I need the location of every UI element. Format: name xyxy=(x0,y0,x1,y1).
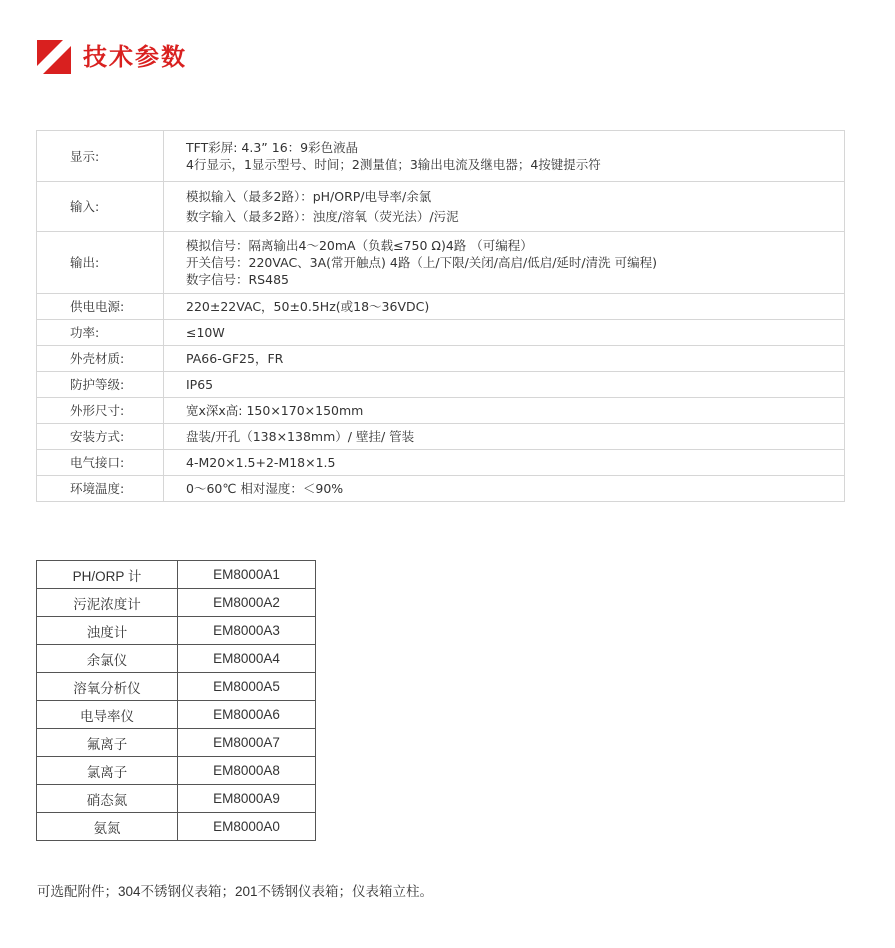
model-code: EM8000A0 xyxy=(178,813,316,841)
section-header: 技术参数 xyxy=(37,40,187,74)
model-code: EM8000A6 xyxy=(178,701,316,729)
spec-row-housing: 外壳材质: PA66-GF25，FR xyxy=(37,346,845,372)
model-name: 氯离子 xyxy=(37,757,178,785)
model-code: EM8000A7 xyxy=(178,729,316,757)
model-row: 余氯仪EM8000A4 xyxy=(37,645,316,673)
accessories-note: 可选配附件；304不锈钢仪表箱；201不锈钢仪表箱；仪表箱立柱。 xyxy=(37,880,433,900)
spec-value-line: 4行显示，1显示型号、时间；2测量值；3输出电流及继电器；4按键提示符 xyxy=(186,156,844,173)
model-code: EM8000A5 xyxy=(178,673,316,701)
model-row: PH/ORP 计EM8000A1 xyxy=(37,561,316,589)
spec-row-input: 输入: 模拟输入（最多2路）：pH/ORP/电导率/余氯 数字输入（最多2路）：… xyxy=(37,182,845,232)
spec-value-line: 模拟信号：隔离输出4～20mA（负载≤750 Ω)4路 （可编程） xyxy=(186,237,844,254)
model-row: 氯离子EM8000A8 xyxy=(37,757,316,785)
spec-value-line: 模拟输入（最多2路）：pH/ORP/电导率/余氯 xyxy=(186,188,844,205)
spec-row-environment: 环境温度: 0～60℃ 相对湿度：＜90% xyxy=(37,476,845,502)
model-row: 氨氮EM8000A0 xyxy=(37,813,316,841)
spec-row-power-supply: 供电电源: 220±22VAC，50±0.5Hz(或18～36VDC) xyxy=(37,294,845,320)
spec-value: 4-M20×1.5+2-M18×1.5 xyxy=(164,450,845,476)
model-row: 硝态氮EM8000A9 xyxy=(37,785,316,813)
spec-value: 模拟输入（最多2路）：pH/ORP/电导率/余氯 数字输入（最多2路）：浊度/溶… xyxy=(164,182,845,232)
model-code: EM8000A8 xyxy=(178,757,316,785)
model-row: 浊度计EM8000A3 xyxy=(37,617,316,645)
model-name: 污泥浓度计 xyxy=(37,589,178,617)
spec-value: IP65 xyxy=(164,372,845,398)
model-name: 溶氧分析仪 xyxy=(37,673,178,701)
page-title: 技术参数 xyxy=(83,40,187,74)
spec-row-installation: 安装方式: 盘装/开孔（138×138mm）/ 壁挂/ 管装 xyxy=(37,424,845,450)
spec-label: 功率: xyxy=(37,320,164,346)
spec-row-electrical: 电气接口: 4-M20×1.5+2-M18×1.5 xyxy=(37,450,845,476)
model-row: 溶氧分析仪EM8000A5 xyxy=(37,673,316,701)
spec-label: 电气接口: xyxy=(37,450,164,476)
spec-row-protection: 防护等级: IP65 xyxy=(37,372,845,398)
spec-value: 宽x深x高: 150×170×150mm xyxy=(164,398,845,424)
spec-table: 显示: TFT彩屏: 4.3” 16：9彩色液晶 4行显示，1显示型号、时间；2… xyxy=(36,130,845,502)
spec-value: 盘装/开孔（138×138mm）/ 壁挂/ 管装 xyxy=(164,424,845,450)
spec-value: PA66-GF25，FR xyxy=(164,346,845,372)
spec-value: ≤10W xyxy=(164,320,845,346)
spec-value: TFT彩屏: 4.3” 16：9彩色液晶 4行显示，1显示型号、时间；2测量值；… xyxy=(164,131,845,182)
spec-row-display: 显示: TFT彩屏: 4.3” 16：9彩色液晶 4行显示，1显示型号、时间；2… xyxy=(37,131,845,182)
spec-label: 外壳材质: xyxy=(37,346,164,372)
model-name: PH/ORP 计 xyxy=(37,561,178,589)
spec-row-dimensions: 外形尺寸: 宽x深x高: 150×170×150mm xyxy=(37,398,845,424)
model-table: PH/ORP 计EM8000A1 污泥浓度计EM8000A2 浊度计EM8000… xyxy=(36,560,316,841)
spec-value-line: 数字输入（最多2路）：浊度/溶氧（荧光法）/污泥 xyxy=(186,208,844,225)
model-name: 余氯仪 xyxy=(37,645,178,673)
spec-value: 220±22VAC，50±0.5Hz(或18～36VDC) xyxy=(164,294,845,320)
spec-value-line: TFT彩屏: 4.3” 16：9彩色液晶 xyxy=(186,139,844,156)
model-name: 浊度计 xyxy=(37,617,178,645)
model-name: 氟离子 xyxy=(37,729,178,757)
spec-label: 安装方式: xyxy=(37,424,164,450)
spec-value-line: 数字信号：RS485 xyxy=(186,271,844,288)
spec-value: 模拟信号：隔离输出4～20mA（负载≤750 Ω)4路 （可编程） 开关信号：2… xyxy=(164,232,845,294)
spec-label: 输出: xyxy=(37,232,164,294)
slash-square-logo-icon xyxy=(37,40,71,74)
model-name: 电导率仪 xyxy=(37,701,178,729)
model-code: EM8000A2 xyxy=(178,589,316,617)
model-name: 硝态氮 xyxy=(37,785,178,813)
spec-value: 0～60℃ 相对湿度：＜90% xyxy=(164,476,845,502)
spec-row-power: 功率: ≤10W xyxy=(37,320,845,346)
spec-value-line: 开关信号：220VAC、3A(常开触点) 4路（上/下限/关闭/高启/低启/延时… xyxy=(186,254,844,271)
model-row: 电导率仪EM8000A6 xyxy=(37,701,316,729)
model-name: 氨氮 xyxy=(37,813,178,841)
spec-label: 输入: xyxy=(37,182,164,232)
spec-label: 供电电源: xyxy=(37,294,164,320)
model-code: EM8000A1 xyxy=(178,561,316,589)
model-row: 氟离子EM8000A7 xyxy=(37,729,316,757)
model-code: EM8000A9 xyxy=(178,785,316,813)
spec-label: 显示: xyxy=(37,131,164,182)
model-code: EM8000A3 xyxy=(178,617,316,645)
model-row: 污泥浓度计EM8000A2 xyxy=(37,589,316,617)
spec-label: 外形尺寸: xyxy=(37,398,164,424)
model-code: EM8000A4 xyxy=(178,645,316,673)
spec-label: 环境温度: xyxy=(37,476,164,502)
spec-label: 防护等级: xyxy=(37,372,164,398)
spec-row-output: 输出: 模拟信号：隔离输出4～20mA（负载≤750 Ω)4路 （可编程） 开关… xyxy=(37,232,845,294)
